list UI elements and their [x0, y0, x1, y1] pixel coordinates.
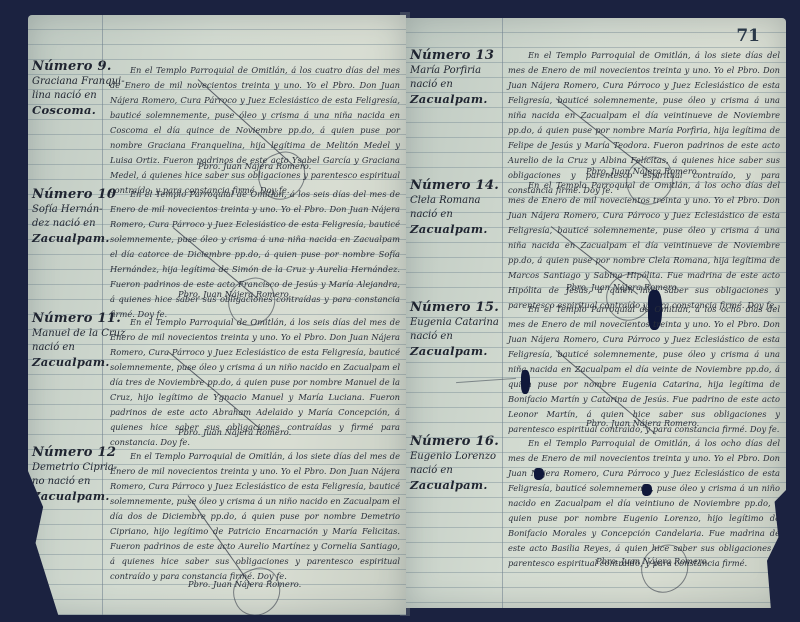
- entry-place: Zacualpam.: [32, 231, 104, 245]
- entry-number: Número 12: [32, 445, 104, 461]
- page-tear: [456, 378, 516, 383]
- entry-margin: Número 14. Clela Romana nació en Zacualp…: [410, 178, 502, 236]
- entry-number: Número 15.: [410, 300, 502, 316]
- entry-born-label: nació en: [410, 464, 502, 478]
- register-entry-14: Número 14. Clela Romana nació en Zacualp…: [406, 178, 786, 298]
- entry-place: Zacualpam.: [410, 222, 502, 236]
- entry-number: Número 14.: [410, 178, 502, 194]
- entry-born-label: no nació en: [32, 475, 104, 489]
- ink-blot: [521, 370, 530, 394]
- entry-born-label: nació en: [410, 208, 502, 222]
- entry-place: Zacualpam.: [32, 355, 104, 369]
- register-entry-11: Número 11. Manuel de la Cruz nació en Za…: [28, 311, 406, 441]
- entry-number: Número 10: [32, 187, 104, 203]
- entry-margin: Número 15. Eugenia Catarina nació en Zac…: [410, 300, 502, 358]
- entry-name: Eugenia Catarina: [410, 316, 502, 330]
- entry-place: Zacualpam.: [32, 489, 104, 503]
- entry-name: Manuel de la Cruz: [32, 327, 104, 341]
- entry-place: Coscoma.: [32, 103, 104, 117]
- register-entry-16: Número 16. Eugenio Lorenzo nació en Zacu…: [406, 434, 786, 594]
- entry-body: En el Templo Parroquial de Omitlán, á lo…: [508, 436, 780, 571]
- ink-blot: [642, 484, 652, 496]
- entry-margin: Número 11. Manuel de la Cruz nació en Za…: [32, 311, 104, 369]
- right-page: 71 Número 13 María Porfiria nació en Zac…: [406, 18, 786, 608]
- entry-margin: Número 9. Graciana Franqui- lina nació e…: [32, 59, 104, 117]
- entry-signature: Pbro. Juan Nájera Romero.: [178, 427, 291, 437]
- entry-number: Número 16.: [410, 434, 502, 450]
- entry-margin: Número 16. Eugenio Lorenzo nació en Zacu…: [410, 434, 502, 492]
- register-entry-10: Número 10 Sofía Hernán- dez nació en Zac…: [28, 187, 406, 311]
- entry-number: Número 11.: [32, 311, 104, 327]
- entry-name: Demetrio Cipria-: [32, 461, 104, 475]
- entry-margin: Número 10 Sofía Hernán- dez nació en Zac…: [32, 187, 104, 245]
- entry-place: Zacualpam.: [410, 344, 502, 358]
- register-entry-9: Número 9. Graciana Franqui- lina nació e…: [28, 59, 406, 185]
- page-number: 71: [736, 26, 760, 46]
- left-page: Número 9. Graciana Franqui- lina nació e…: [28, 15, 406, 615]
- entry-name: Eugenio Lorenzo: [410, 450, 502, 464]
- entry-name: Sofía Hernán-: [32, 203, 104, 217]
- entry-born-label: nació en: [410, 330, 502, 344]
- entry-place: Zacualpam.: [410, 92, 502, 106]
- entry-born-label: nació en: [410, 78, 502, 92]
- ink-blot: [534, 468, 544, 480]
- entry-name: Clela Romana: [410, 194, 502, 208]
- entry-number: Número 13: [410, 48, 502, 64]
- register-entry-13: Número 13 María Porfiria nació en Zacual…: [406, 48, 786, 174]
- register-entry-12: Número 12 Demetrio Cipria- no nació en Z…: [28, 445, 406, 605]
- entry-body: En el Templo Parroquial de Omitlán, á lo…: [508, 302, 780, 437]
- register-entry-15: Número 15. Eugenia Catarina nació en Zac…: [406, 300, 786, 430]
- entry-place: Zacualpam.: [410, 478, 502, 492]
- entry-margin: Número 13 María Porfiria nació en Zacual…: [410, 48, 502, 106]
- entry-name: María Porfiria: [410, 64, 502, 78]
- entry-name: Graciana Franqui-: [32, 75, 104, 89]
- entry-body: En el Templo Parroquial de Omitlán, á lo…: [110, 449, 400, 584]
- entry-number: Número 9.: [32, 59, 104, 75]
- entry-born-label: lina nació en: [32, 89, 104, 103]
- entry-born-label: nació en: [32, 341, 104, 355]
- entry-margin: Número 12 Demetrio Cipria- no nació en Z…: [32, 445, 104, 503]
- entry-born-label: dez nació en: [32, 217, 104, 231]
